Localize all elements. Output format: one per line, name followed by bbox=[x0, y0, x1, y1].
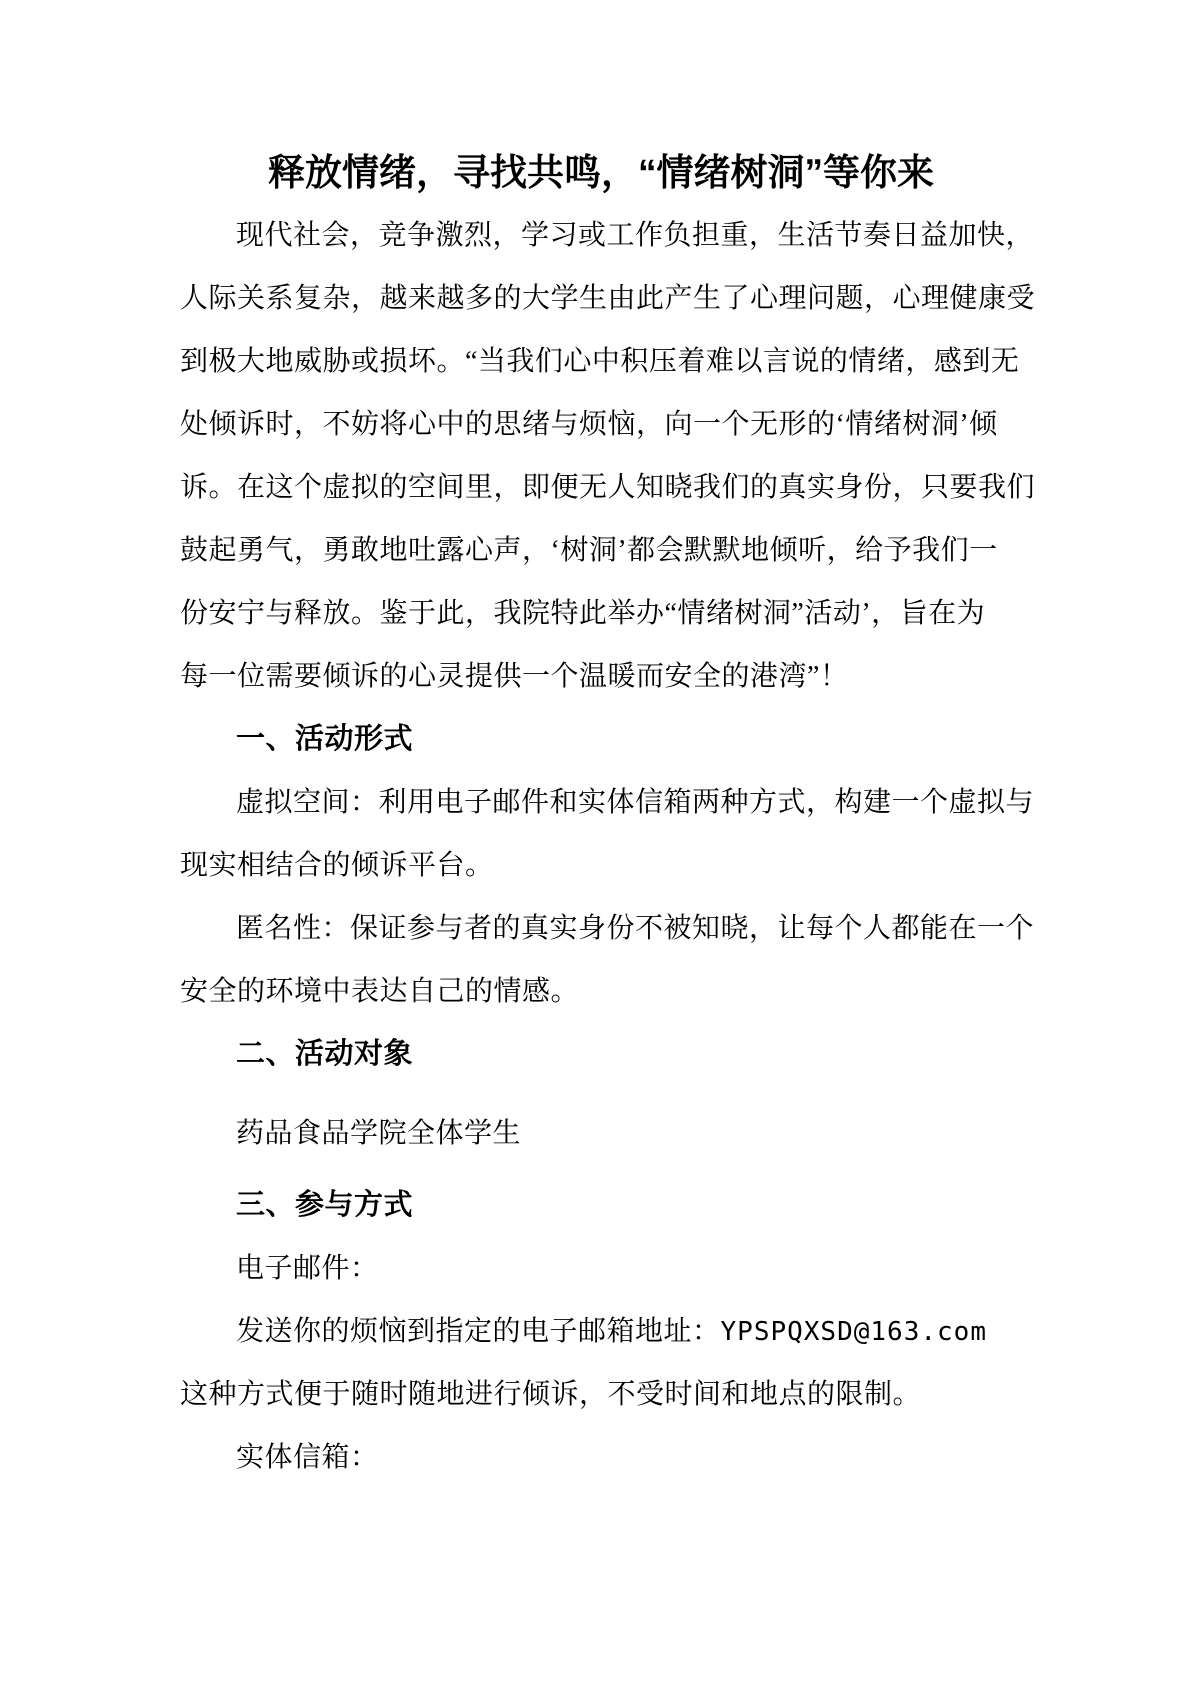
section-heading-participation: 三、参与方式 bbox=[180, 1174, 1022, 1237]
intro-line: 现代社会，竞争激烈，学习或工作负担重，生活节奏日益加快， bbox=[180, 204, 1022, 267]
body-line: 这种方式便于随时随地进行倾诉，不受时间和地点的限制。 bbox=[180, 1363, 1022, 1426]
intro-line: 诉。在这个虚拟的空间里，即便无人知晓我们的真实身份，只要我们 bbox=[180, 456, 1022, 519]
email-line-prefix: 发送你的烦恼到指定的电子邮箱地址： bbox=[236, 1316, 721, 1347]
body-line: 匿名性：保证参与者的真实身份不被知晓，让每个人都能在一个 bbox=[180, 897, 1022, 960]
intro-line: 鼓起勇气，勇敢地吐露心声，‘树洞’都会默默地倾听，给予我们一 bbox=[180, 519, 1022, 582]
body-line-mailbox-label: 实体信箱： bbox=[180, 1426, 1022, 1489]
section-heading-activity-form: 一、活动形式 bbox=[180, 708, 1022, 771]
body-line-email-label: 电子邮件： bbox=[180, 1237, 1022, 1300]
body-line: 安全的环境中表达自己的情感。 bbox=[180, 960, 1022, 1023]
section-heading-activity-target: 二、活动对象 bbox=[180, 1023, 1022, 1086]
intro-line: 人际关系复杂，越来越多的大学生由此产生了心理问题，心理健康受 bbox=[180, 267, 1022, 330]
body-line: 现实相结合的倾诉平台。 bbox=[180, 834, 1022, 897]
document-content: 释放情绪，寻找共鸣，“情绪树洞”等你来 现代社会，竞争激烈，学习或工作负担重，生… bbox=[0, 0, 1191, 1489]
body-line-email: 发送你的烦恼到指定的电子邮箱地址：YPSPQXSD@163.com bbox=[180, 1300, 1022, 1363]
body-line-target-members: 药品食品学院全体学生 bbox=[180, 1102, 1022, 1165]
intro-line: 每一位需要倾诉的心灵提供一个温暖而安全的港湾”！ bbox=[180, 645, 1022, 708]
doc-title: 释放情绪，寻找共鸣，“情绪树洞”等你来 bbox=[180, 141, 1022, 204]
body-line: 虚拟空间：利用电子邮件和实体信箱两种方式，构建一个虚拟与 bbox=[180, 771, 1022, 834]
email-address: YPSPQXSD@163.com bbox=[721, 1317, 987, 1347]
document-page: 释放情绪，寻找共鸣，“情绪树洞”等你来 现代社会，竞争激烈，学习或工作负担重，生… bbox=[0, 0, 1191, 1684]
intro-line: 处倾诉时，不妨将心中的思绪与烦恼，向一个无形的‘情绪树洞’倾 bbox=[180, 393, 1022, 456]
intro-line: 份安宁与释放。鉴于此，我院特此举办“情绪树洞”活动’，旨在为 bbox=[180, 582, 1022, 645]
intro-line: 到极大地威胁或损坏。“当我们心中积压着难以言说的情绪，感到无 bbox=[180, 330, 1022, 393]
